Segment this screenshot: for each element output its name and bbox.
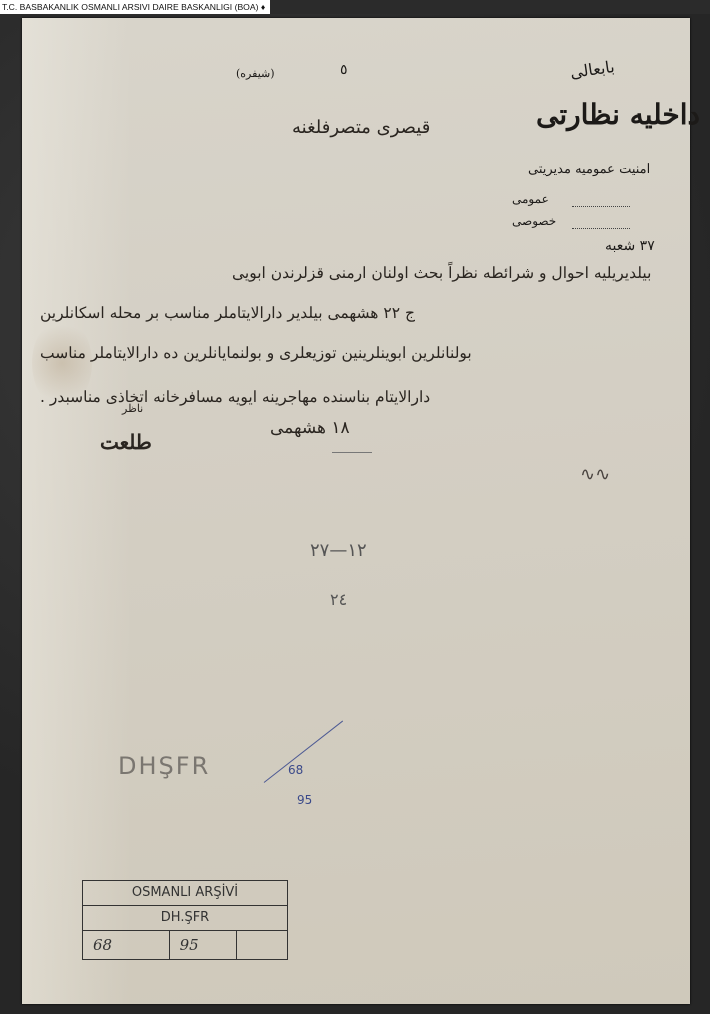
signer-title: ناظر — [122, 402, 143, 415]
pencil-annotation: ١٢—٢٧ — [310, 540, 367, 561]
pencil-annotation-2: ٢٤ — [330, 590, 347, 609]
branch-label: ٣٧ شعبه — [605, 238, 655, 254]
handwritten-fonds-code: DHŞFR — [118, 752, 210, 780]
branch-text: شعبه — [605, 238, 635, 254]
stamp-cells: 68 95 — [83, 931, 287, 959]
stamp-title: OSMANLI ARŞİVİ — [83, 881, 287, 906]
ink-squiggle: ∿∿ — [580, 464, 610, 485]
reference-numerator: 68 — [288, 763, 303, 777]
reference-denominator: 95 — [297, 793, 312, 807]
stamp-file-number: 68 — [83, 931, 170, 959]
body-line-1: بیلدیریلیه احوال و شرائطه نظراً بحث اولن… — [232, 264, 651, 282]
date-underline — [332, 452, 372, 453]
general-dotted-line — [572, 206, 630, 207]
body-line-4: دارالایتام بناسنده مهاجرینه ایویه مسافرخ… — [40, 388, 430, 406]
recipient: قیصری متصرفلغنه — [292, 117, 430, 138]
document-number: ٥ — [340, 62, 348, 78]
signature: طلعت — [100, 430, 152, 454]
branch-value: ٣٧ — [640, 238, 655, 254]
body-line-3: بولنانلرین ابوینلرینین توزیعلری و بولنما… — [40, 344, 472, 362]
document-date: ١٨ هشهمی — [270, 418, 350, 438]
general-label: عمومی — [512, 192, 549, 206]
archive-header-bar: T.C. BASBAKANLIK OSMANLI ARSIVI DAIRE BA… — [0, 0, 270, 14]
archive-stamp: OSMANLI ARŞİVİ DH.ŞFR 68 95 — [82, 880, 288, 960]
private-label: خصوصی — [512, 214, 556, 228]
cipher-label: (شیفره) — [236, 67, 275, 80]
department-title: امنیت عمومیه مدیریتی — [528, 162, 650, 177]
body-line-2: ج ٢٢ هشهمی بیلدیر دارالایتاملر مناسب بر … — [40, 304, 415, 322]
private-dotted-line — [572, 228, 630, 229]
stamp-empty-cell — [237, 931, 287, 959]
stamp-item-number: 95 — [170, 931, 238, 959]
ministry-title: داخلیه نظارتی — [536, 98, 700, 131]
stamp-fonds: DH.ŞFR — [83, 906, 287, 931]
